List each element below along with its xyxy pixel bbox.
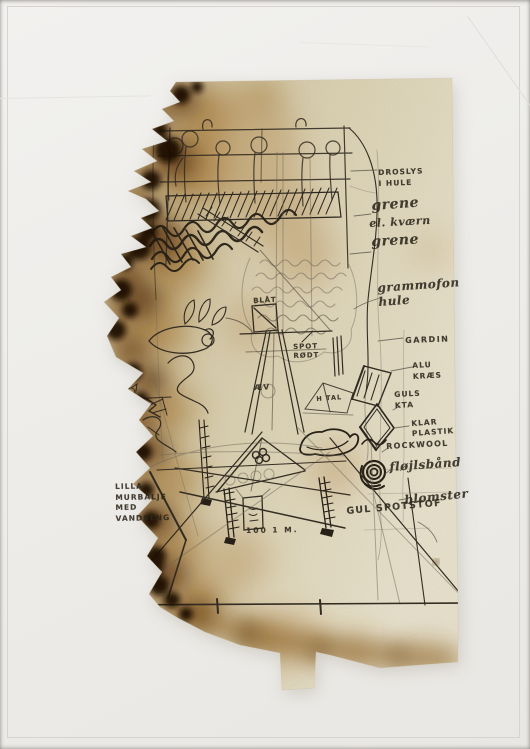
artwork-sketch (0, 0, 530, 749)
framed-artwork-photo: DROSLYS I HULE grene el. kværn grene gra… (0, 0, 530, 749)
burn-spot (433, 559, 439, 565)
